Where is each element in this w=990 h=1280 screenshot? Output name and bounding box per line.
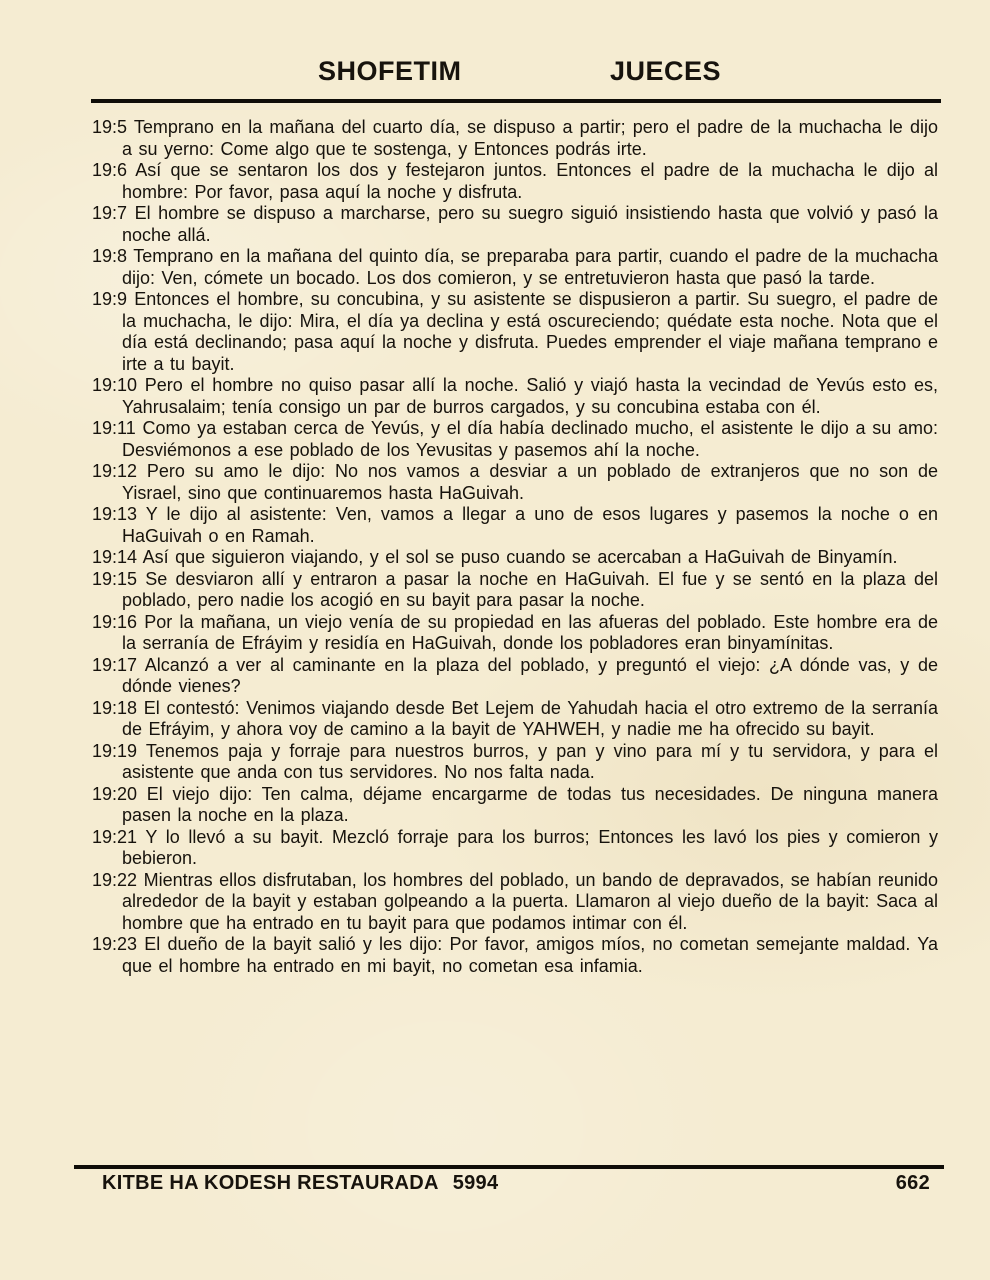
book-title-spanish: JUECES: [610, 56, 721, 87]
verse-ref: 19:9: [92, 289, 127, 309]
verse-text: Pero el hombre no quiso pasar allí la no…: [122, 375, 938, 417]
verse-text: Entonces el hombre, su concubina, y su a…: [122, 289, 938, 374]
verse-text: Mientras ellos disfrutaban, los hombres …: [122, 870, 938, 933]
scripture-page: SHOFETIM JUECES 19:5 Temprano en la maña…: [0, 0, 990, 1280]
edition-year: 5994: [453, 1172, 499, 1194]
page-number: 662: [896, 1172, 944, 1195]
verse-text: Y le dijo al asistente: Ven, vamos a lle…: [122, 504, 938, 546]
verse-ref: 19:7: [92, 203, 127, 223]
verse-ref: 19:18: [92, 698, 137, 718]
verse: 19:17 Alcanzó a ver al caminante en la p…: [92, 655, 938, 698]
verse: 19:6 Así que se sentaron los dos y feste…: [92, 160, 938, 203]
verse-ref: 19:16: [92, 612, 137, 632]
verse-ref: 19:22: [92, 870, 137, 890]
verse: 19:10 Pero el hombre no quiso pasar allí…: [92, 375, 938, 418]
verse-ref: 19:19: [92, 741, 137, 761]
verse: 19:22 Mientras ellos disfrutaban, los ho…: [92, 870, 938, 935]
verse: 19:12 Pero su amo le dijo: No nos vamos …: [92, 461, 938, 504]
verse-ref: 19:8: [92, 246, 127, 266]
verse: 19:15 Se desviaron allí y entraron a pas…: [92, 569, 938, 612]
verse-text: Por la mañana, un viejo venía de su prop…: [122, 612, 938, 654]
verse: 19:19 Tenemos paja y forraje para nuestr…: [92, 741, 938, 784]
verse-ref: 19:10: [92, 375, 137, 395]
verse: 19:11 Como ya estaban cerca de Yevús, y …: [92, 418, 938, 461]
verse-text: El dueño de la bayit salió y les dijo: P…: [122, 934, 938, 976]
header-rule: [91, 99, 941, 103]
verse: 19:21 Y lo llevó a su bayit. Mezcló forr…: [92, 827, 938, 870]
verse-ref: 19:12: [92, 461, 137, 481]
book-title-hebrew: SHOFETIM: [318, 56, 462, 87]
verse-text: Así que se sentaron los dos y festejaron…: [122, 160, 938, 202]
verse: 19:23 El dueño de la bayit salió y les d…: [92, 934, 938, 977]
verse-text: El viejo dijo: Ten calma, déjame encarga…: [122, 784, 938, 826]
verse-text: Pero su amo le dijo: No nos vamos a desv…: [122, 461, 938, 503]
verse: 19:5 Temprano en la mañana del cuarto dí…: [92, 117, 938, 160]
verse: 19:7 El hombre se dispuso a marcharse, p…: [92, 203, 938, 246]
verse: 19:14 Así que siguieron viajando, y el s…: [92, 547, 938, 569]
verse-ref: 19:5: [92, 117, 127, 137]
verse-ref: 19:14: [92, 547, 137, 567]
verse-text: El contestó: Venimos viajando desde Bet …: [122, 698, 938, 740]
verse: 19:18 El contestó: Venimos viajando desd…: [92, 698, 938, 741]
verse-text: Temprano en la mañana del cuarto día, se…: [122, 117, 938, 159]
verse-ref: 19:11: [92, 418, 136, 438]
verse-ref: 19:23: [92, 934, 137, 954]
verse-text: El hombre se dispuso a marcharse, pero s…: [122, 203, 938, 245]
page-footer: KITBE HA KODESH RESTAURADA5994 662: [74, 1172, 944, 1195]
verse-text: Como ya estaban cerca de Yevús, y el día…: [122, 418, 938, 460]
footer-rule: [74, 1165, 944, 1169]
verse-text: Se desviaron allí y entraron a pasar la …: [122, 569, 938, 611]
verse: 19:16 Por la mañana, un viejo venía de s…: [92, 612, 938, 655]
verse-text: Así que siguieron viajando, y el sol se …: [143, 547, 898, 567]
verse-text: Y lo llevó a su bayit. Mezcló forraje pa…: [122, 827, 938, 869]
verse: 19:9 Entonces el hombre, su concubina, y…: [92, 289, 938, 375]
edition-title: KITBE HA KODESH RESTAURADA5994: [74, 1172, 498, 1195]
verse-ref: 19:21: [92, 827, 137, 847]
verse-text: Temprano en la mañana del quinto día, se…: [122, 246, 938, 288]
verse: 19:8 Temprano en la mañana del quinto dí…: [92, 246, 938, 289]
verse-ref: 19:13: [92, 504, 137, 524]
verse-ref: 19:15: [92, 569, 137, 589]
verse-text: Tenemos paja y forraje para nuestros bur…: [122, 741, 938, 783]
verse-ref: 19:6: [92, 160, 127, 180]
verse: 19:20 El viejo dijo: Ten calma, déjame e…: [92, 784, 938, 827]
page-header: SHOFETIM JUECES: [0, 56, 990, 92]
edition-name: KITBE HA KODESH RESTAURADA: [102, 1172, 439, 1194]
verse-ref: 19:20: [92, 784, 137, 804]
verse-ref: 19:17: [92, 655, 137, 675]
verse-text: Alcanzó a ver al caminante en la plaza d…: [122, 655, 938, 697]
verse: 19:13 Y le dijo al asistente: Ven, vamos…: [92, 504, 938, 547]
verse-text-block: 19:5 Temprano en la mañana del cuarto dí…: [92, 117, 938, 977]
